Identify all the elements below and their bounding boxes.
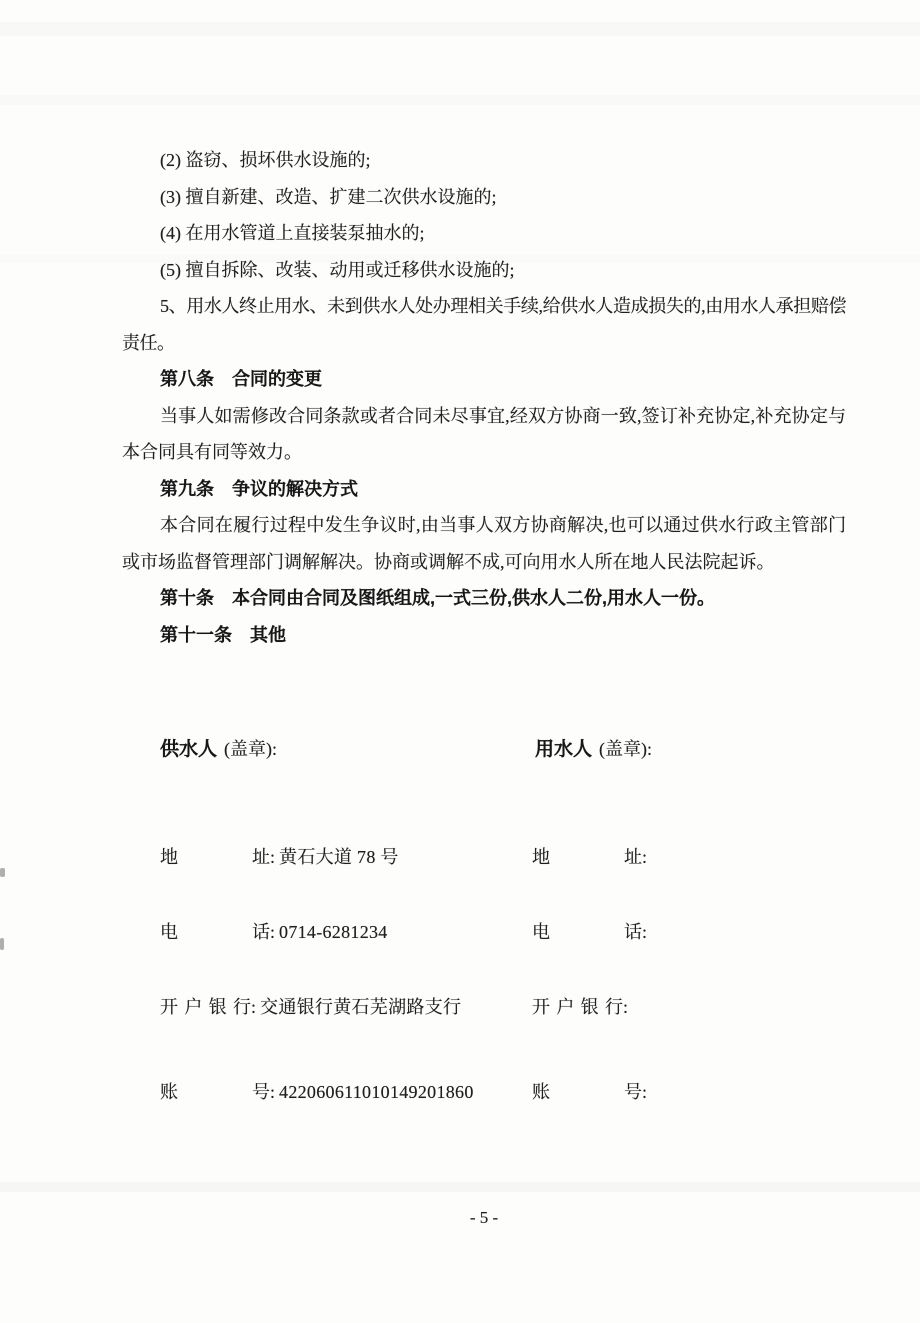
colon: :	[642, 847, 647, 867]
supplier-phone-row: 电话:0714-6281234	[160, 920, 388, 944]
document-page: (2) 盗窃、损坏供水设施的; (3) 擅自新建、改造、扩建二次供水设施的; (…	[0, 0, 920, 1323]
address-label: 地址	[160, 845, 270, 869]
article-10-heading: 第十条 本合同由合同及图纸组成,一式三份,供水人二份,用水人一份。	[122, 580, 846, 617]
bank-label: 开户银行	[532, 995, 623, 1019]
phone-label: 电话	[532, 920, 642, 944]
user-bank-row: 开户银行:	[532, 995, 632, 1019]
user-phone-row: 电话:	[532, 920, 651, 944]
clause-5-paragraph: 5、用水人终止用水、未到供水人处办理相关手续,给供水人造成损失的,由用水人承担赔…	[122, 288, 846, 361]
page-number: - 5 -	[122, 1208, 846, 1228]
list-item-5: (5) 擅自拆除、改装、动用或迁移供水设施的;	[122, 252, 846, 289]
scan-speck	[0, 938, 4, 950]
user-seal-note: (盖章):	[599, 739, 652, 759]
address-label: 地址	[532, 845, 642, 869]
user-account-row: 账号:	[532, 1080, 651, 1104]
article-8-heading: 第八条 合同的变更	[122, 361, 846, 398]
supplier-seal-note: (盖章):	[224, 739, 277, 759]
contract-body: (2) 盗窃、损坏供水设施的; (3) 擅自新建、改造、扩建二次供水设施的; (…	[122, 142, 846, 653]
supplier-party-title: 供水人(盖章):	[160, 737, 277, 762]
scan-artifact-band	[0, 95, 920, 105]
article-11-heading: 第十一条 其他	[122, 617, 846, 654]
user-party-name: 用水人	[535, 739, 592, 760]
scan-artifact-band	[0, 22, 920, 36]
colon: :	[623, 997, 628, 1017]
colon: :	[251, 997, 256, 1017]
article-9-heading: 第九条 争议的解决方式	[122, 471, 846, 508]
phone-label: 电话	[160, 920, 270, 944]
supplier-bank-value: 交通银行黄石芜湖路支行	[260, 997, 461, 1017]
colon: :	[270, 1082, 275, 1102]
article-8-paragraph: 当事人如需修改合同条款或者合同未尽事宜,经双方协商一致,签订补充协定,补充协定与…	[122, 398, 846, 471]
list-item-2: (2) 盗窃、损坏供水设施的;	[122, 142, 846, 179]
supplier-phone-value: 0714-6281234	[279, 922, 388, 942]
supplier-bank-row: 开户银行:交通银行黄石芜湖路支行	[160, 995, 461, 1019]
article-9-paragraph: 本合同在履行过程中发生争议时,由当事人双方协商解决,也可以通过供水行政主管部门或…	[122, 507, 846, 580]
supplier-address-row: 地址:黄石大道 78 号	[160, 845, 399, 869]
colon: :	[642, 922, 647, 942]
account-label: 账号	[532, 1080, 642, 1104]
scan-artifact-band	[0, 1182, 920, 1192]
account-label: 账号	[160, 1080, 270, 1104]
colon: :	[270, 922, 275, 942]
colon: :	[270, 847, 275, 867]
list-item-4: (4) 在用水管道上直接装泵抽水的;	[122, 215, 846, 252]
bank-label: 开户银行	[160, 995, 251, 1019]
list-item-3: (3) 擅自新建、改造、扩建二次供水设施的;	[122, 179, 846, 216]
supplier-account-row: 账号:422060611010149201860	[160, 1080, 474, 1104]
supplier-address-value: 黄石大道 78 号	[279, 847, 399, 867]
colon: :	[642, 1082, 647, 1102]
user-party-title: 用水人(盖章):	[535, 737, 652, 762]
scan-speck	[0, 868, 5, 877]
supplier-party-name: 供水人	[160, 739, 217, 760]
user-address-row: 地址:	[532, 845, 651, 869]
supplier-account-value: 422060611010149201860	[279, 1082, 474, 1102]
